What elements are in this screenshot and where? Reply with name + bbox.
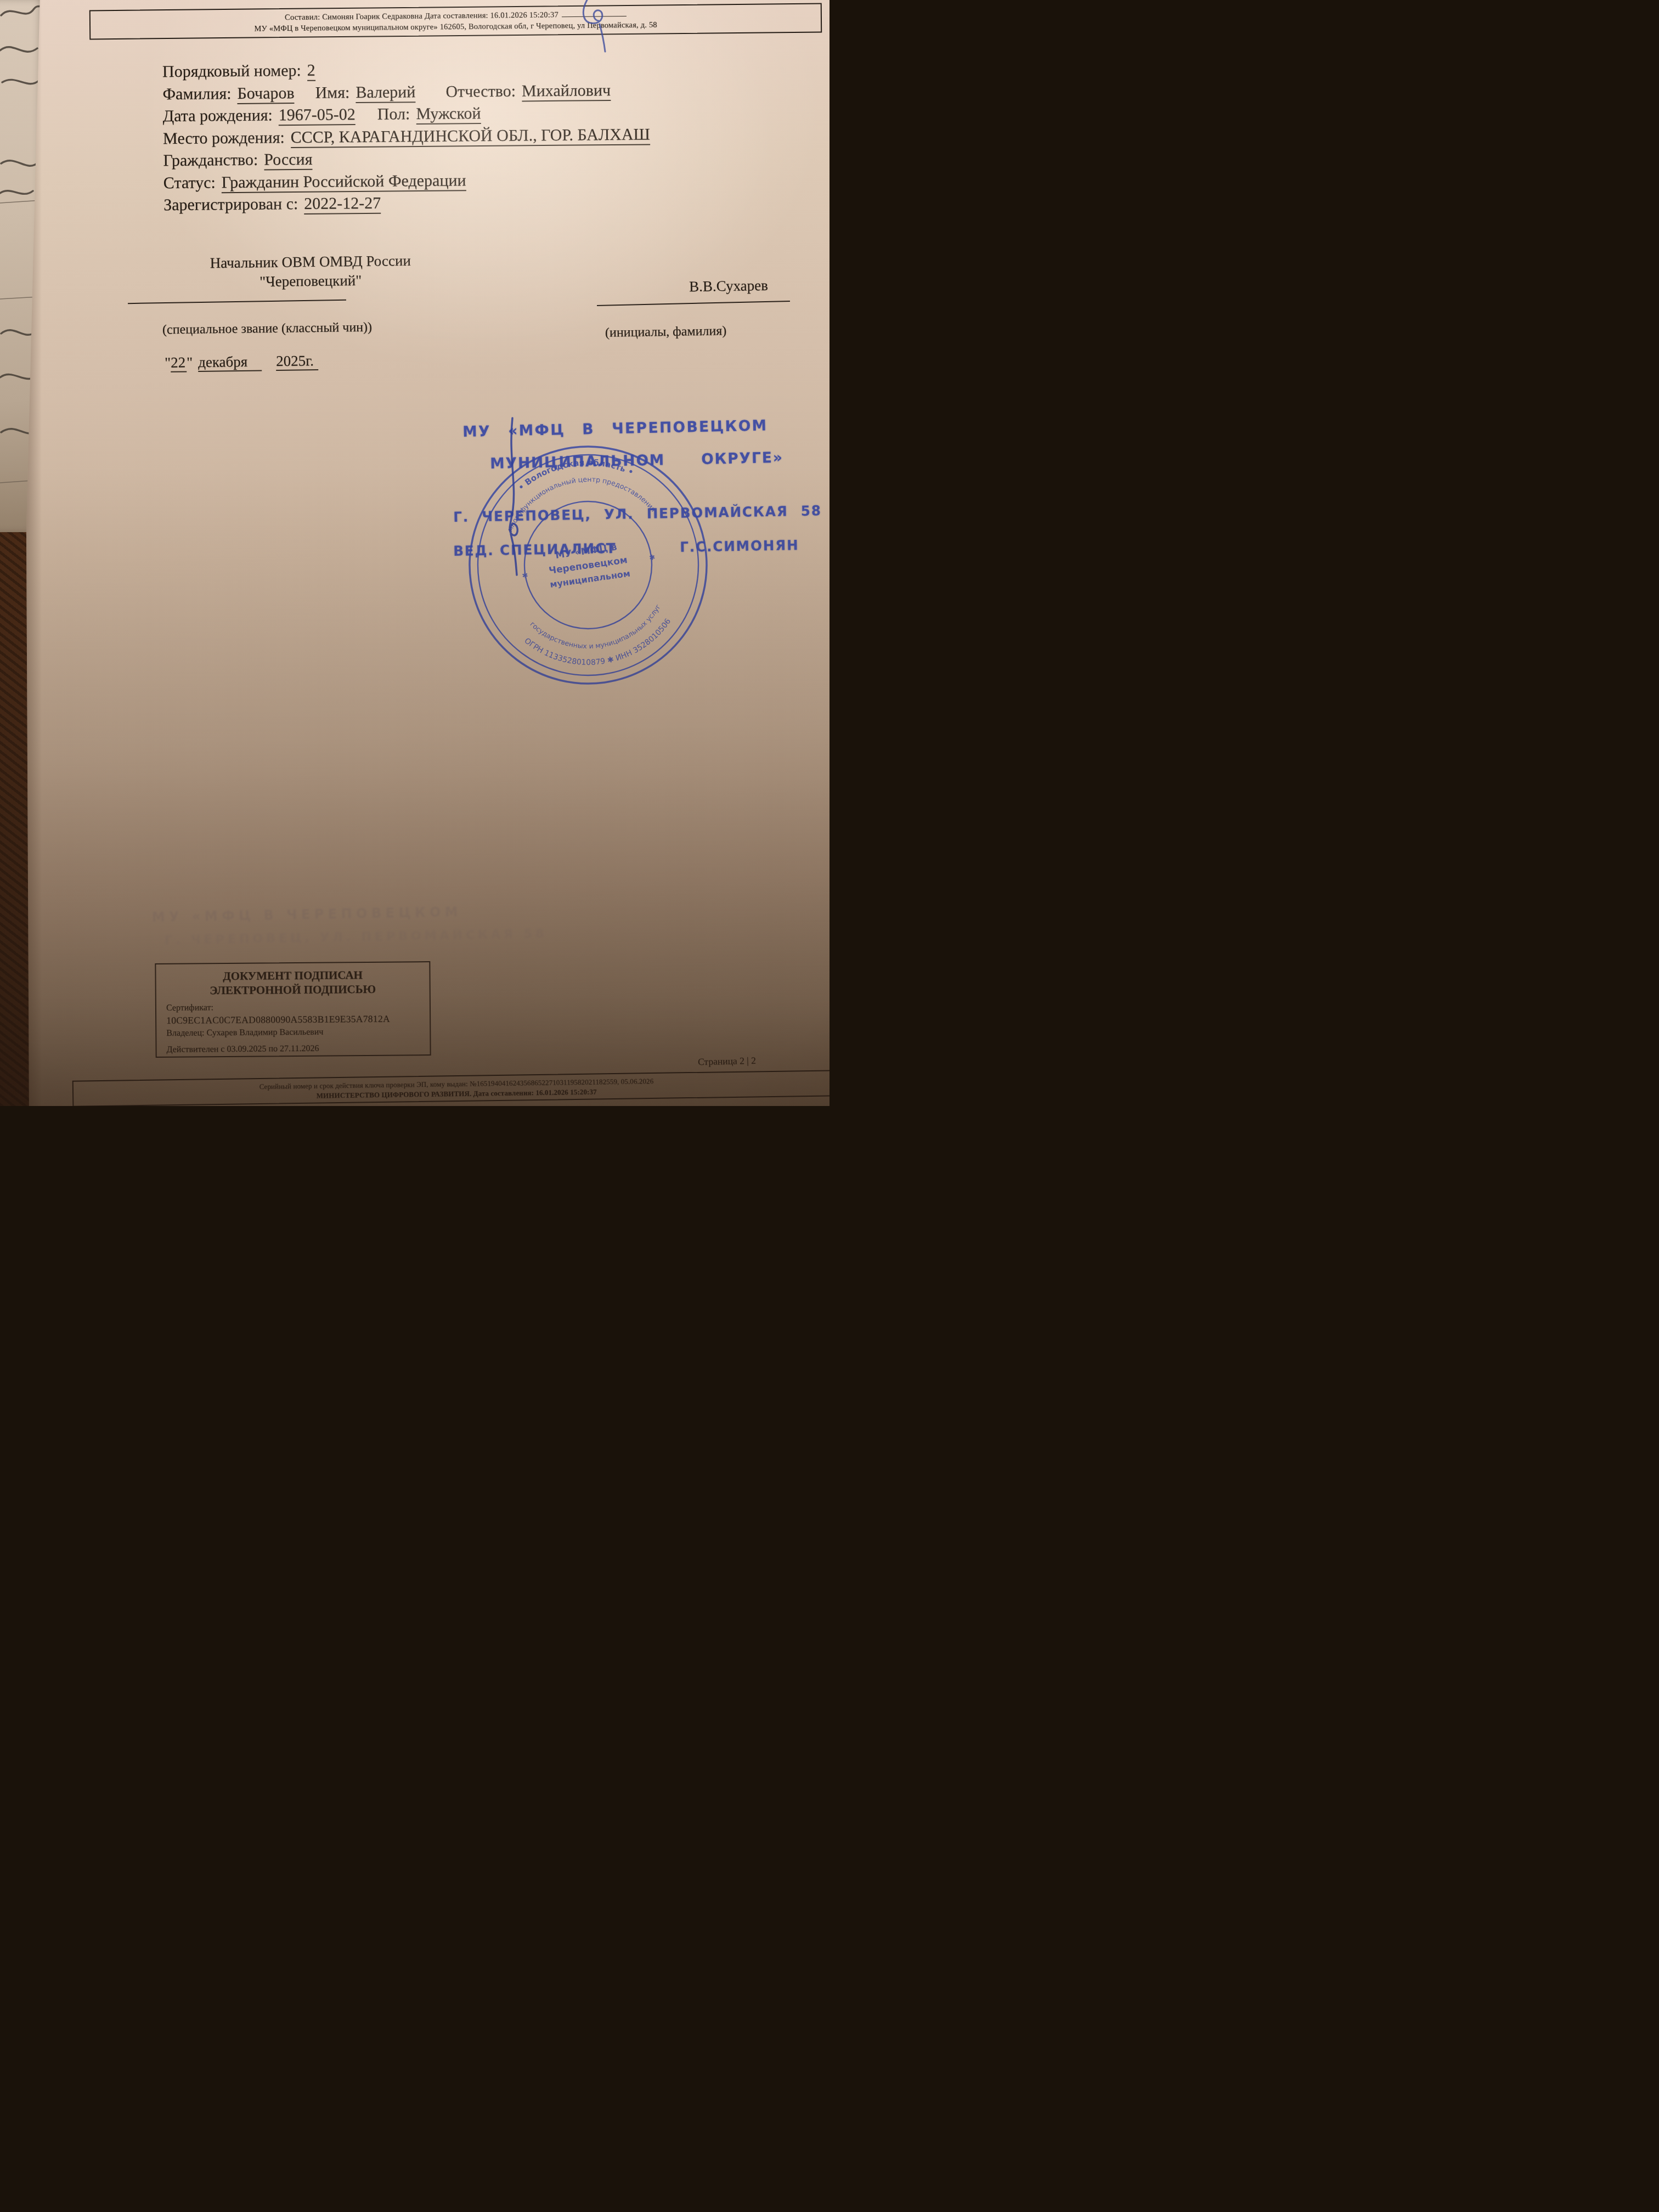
field-label: Отчество: xyxy=(445,82,516,100)
field-label: Дата рождения: xyxy=(163,106,273,125)
field-value: 2022-12-27 xyxy=(304,194,381,215)
field-label: Фамилия: xyxy=(162,84,232,103)
quote: " xyxy=(187,354,193,370)
field-value: Гражданин Российской Федерации xyxy=(222,171,466,193)
field-label: Пол: xyxy=(377,105,410,123)
esign-body: Сертификат: 10C9EC1AC0C7EAD0880090A5583B… xyxy=(166,1000,430,1056)
photo-of-document: Составил: Симонян Гоарик Седраковна Дата… xyxy=(0,0,830,1106)
position-line-1: Начальник ОВМ ОМВД России xyxy=(191,251,430,273)
official-position: Начальник ОВМ ОМВД России "Череповецкий" xyxy=(191,251,431,292)
seal-star-right: ✱ xyxy=(648,554,656,562)
esign-box: ДОКУМЕНТ ПОДПИСАН ЭЛЕКТРОННОЙ ПОДПИСЬЮ С… xyxy=(155,961,431,1058)
field-value: Россия xyxy=(264,150,312,171)
ghost-stamp-impression-2: Г. ЧЕРЕПОВЕЦ, УЛ. ПЕРВОМАЙСКАЯ 58 xyxy=(165,927,548,947)
field-value: Михайлович xyxy=(522,81,611,101)
esign-title: ДОКУМЕНТ ПОДПИСАН ЭЛЕКТРОННОЙ ПОДПИСЬЮ xyxy=(156,967,429,998)
signature-rule-right xyxy=(597,301,790,306)
document-page: Составил: Симонян Гоарик Седраковна Дата… xyxy=(0,0,830,1106)
official-name: В.В.Сухарев xyxy=(630,276,827,296)
round-seal-icon: • Вологодская область • многофункциональ… xyxy=(448,425,729,706)
field-value: Мужской xyxy=(416,104,481,125)
field-value: Бочаров xyxy=(237,84,294,104)
position-line-2: "Череповецкий" xyxy=(191,270,430,292)
seal-star-left: ✱ xyxy=(522,572,529,580)
footer-box: Серийный номер и срок действия ключа про… xyxy=(72,1070,830,1106)
field-label: Гражданство: xyxy=(163,151,258,170)
blank-signature-line xyxy=(562,9,627,17)
ghost-stamp-impression: МУ «МФЦ В ЧЕРЕПОВЕЦКОМ xyxy=(152,904,462,925)
field-label: Место рождения: xyxy=(163,128,285,148)
field-label: Порядковый номер: xyxy=(162,61,301,81)
signature-rule-left xyxy=(128,300,346,304)
field-label: Зарегистрирован с: xyxy=(163,195,298,214)
field-value: Валерий xyxy=(356,83,415,103)
page-number: Страница 2 | 2 xyxy=(698,1055,756,1068)
esign-owner: Владелец: Сухарев Владимир Васильевич xyxy=(166,1025,430,1040)
esign-validity: Действителен с 03.09.2025 по 27.11.2026 xyxy=(166,1042,430,1056)
quote: " xyxy=(165,354,171,371)
field-value: 2 xyxy=(307,61,315,81)
field-label: Статус: xyxy=(163,173,216,192)
field-value: СССР, КАРАГАНДИНСКОЙ ОБЛ., ГОР. БАЛХАШ xyxy=(291,125,650,148)
field-value: 1967-05-02 xyxy=(279,105,356,126)
header-box: Составил: Симонян Гоарик Седраковна Дата… xyxy=(89,3,822,40)
date-day: 22 xyxy=(171,354,187,372)
caption-initials: (инициалы, фамилия) xyxy=(605,324,727,340)
person-fields: Порядковый номер:2 Фамилия:БочаровИмя:Ва… xyxy=(162,55,811,217)
date-month: декабря xyxy=(198,353,262,372)
caption-rank: (специальное звание (классный чин)) xyxy=(162,320,372,338)
document-date: "22"декабря2025г. xyxy=(165,352,318,371)
esign-title-line-1: ДОКУМЕНТ ПОДПИСАН xyxy=(156,967,429,984)
field-label: Имя: xyxy=(315,83,349,102)
esign-title-line-2: ЭЛЕКТРОННОЙ ПОДПИСЬЮ xyxy=(156,981,430,998)
date-year: 2025г. xyxy=(276,352,318,371)
esign-cert-value: 10C9EC1AC0C7EAD0880090A5583B1E9E35A7812A xyxy=(166,1012,430,1026)
